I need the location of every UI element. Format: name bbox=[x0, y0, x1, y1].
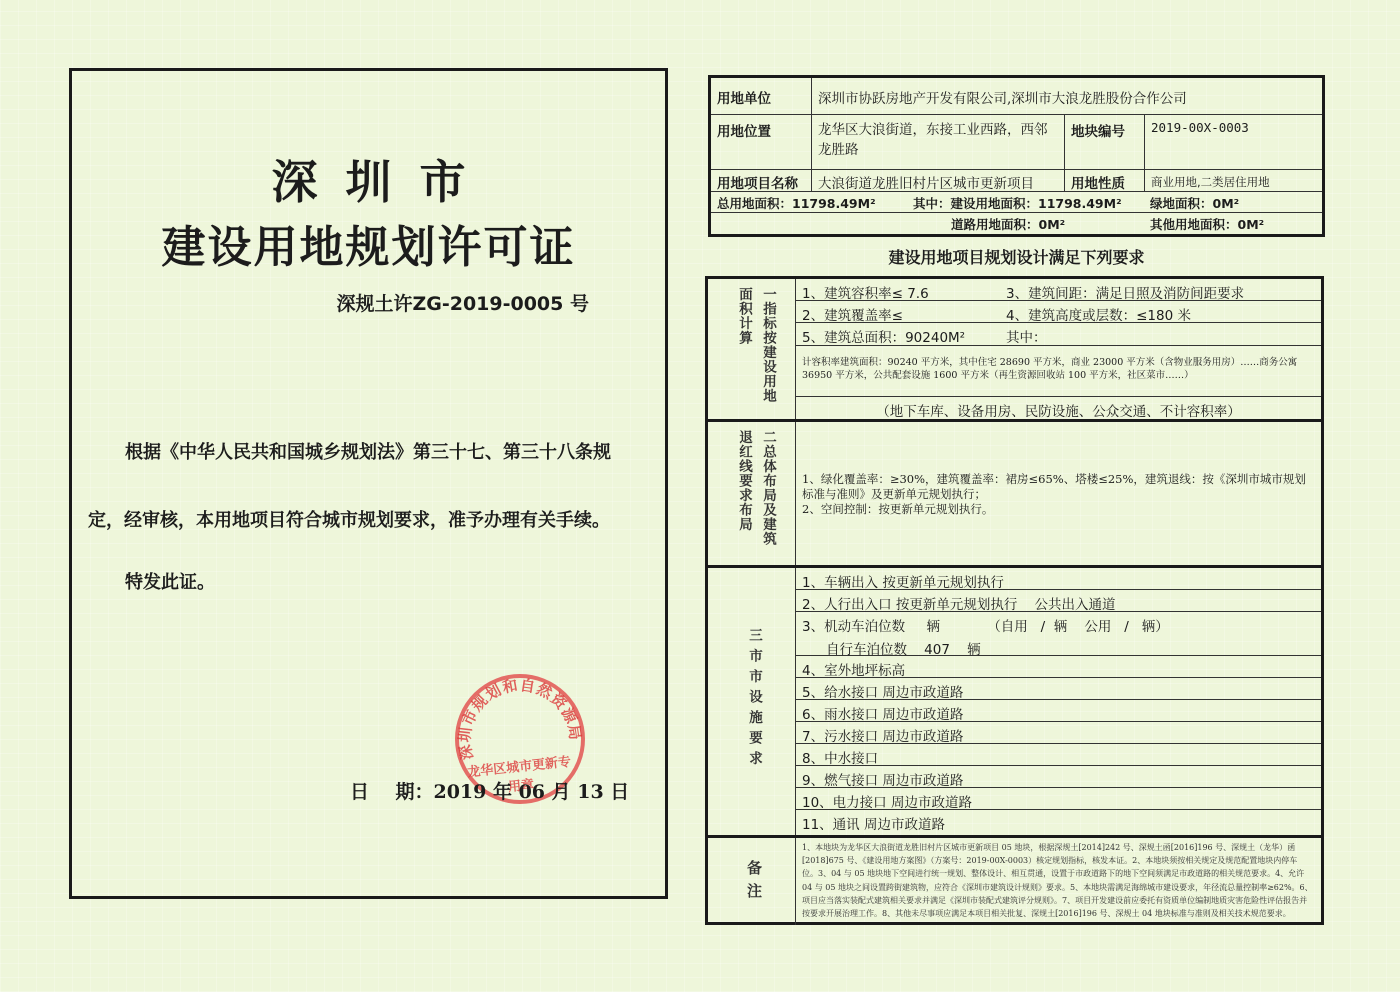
land-unit-value: 深圳市协跃房地产开发有限公司,深圳市大浪龙胜股份合作公司 bbox=[811, 78, 1322, 114]
municipal-item-7: 7、污水接口 周边市政道路 bbox=[796, 722, 1321, 744]
certificate-title: 建设用地规划许可证 bbox=[72, 211, 665, 275]
land-location-label: 用地位置 bbox=[711, 115, 811, 169]
municipal-item-1: 1、车辆出入 按更新单元规划执行 bbox=[796, 568, 1321, 590]
construction-area: 其中：建设用地面积：11798.49M² bbox=[907, 192, 1147, 212]
project-name-row: 用地项目名称 大浪街道龙胜旧村片区城市更新项目 用地性质 商业用地,二类居住用地 bbox=[711, 170, 1322, 192]
land-unit-row: 用地单位 深圳市协跃房地产开发有限公司,深圳市大浪龙胜股份合作公司 bbox=[711, 78, 1322, 115]
bicycle-parking: 自行车泊位数 407 辆 bbox=[802, 638, 1315, 658]
issue-date: 日 期：2019 年 06 月 13 日 bbox=[350, 777, 629, 804]
requirements-table: 面积计算 一指标按建设用地 1、建筑容积率≤ 7.6 3、建筑间距：满足日照及消… bbox=[705, 276, 1324, 925]
project-name-label: 用地项目名称 bbox=[711, 170, 811, 191]
seal-outer-text: 深圳市规划和自然资源局 bbox=[456, 676, 585, 761]
of-which-label: 其中： bbox=[1006, 326, 1047, 346]
requirements-heading: 建设用地项目规划设计满足下列要求 bbox=[708, 245, 1325, 268]
section-indicators-label: 面积计算 一指标按建设用地 bbox=[708, 279, 796, 419]
municipal-item-text: 4、室外地坪标高 bbox=[802, 663, 905, 679]
municipal-item-text: 8、中水接口 bbox=[802, 751, 878, 767]
land-nature-label: 用地性质 bbox=[1064, 170, 1144, 191]
parcel-number-label: 地块编号 bbox=[1064, 115, 1144, 169]
body-paragraph-2: 定，经审核，本用地项目符合城市规划要求，准予办理有关手续。 bbox=[88, 487, 651, 555]
land-info-table: 用地单位 深圳市协跃房地产开发有限公司,深圳市大浪龙胜股份合作公司 用地位置 龙… bbox=[708, 75, 1325, 237]
municipal-item-10: 10、电力接口 周边市政道路 bbox=[796, 788, 1321, 810]
parcel-number-value: 2019-00X-0003 bbox=[1144, 115, 1322, 169]
municipal-item-11: 11、通讯 周边市政道路 bbox=[796, 810, 1321, 834]
municipal-item-2: 2、人行出入口 按更新单元规划执行 公共出入通道 bbox=[796, 590, 1321, 612]
far-limit: 1、建筑容积率≤ 7.6 bbox=[802, 286, 929, 302]
section-layout: 退红线要求布局 二总体布局及建筑 1、绿化覆盖率：≥30%，建筑覆盖率：裙房≤6… bbox=[708, 422, 1321, 568]
date-label: 日 期： bbox=[350, 781, 433, 803]
project-name-value: 大浪街道龙胜旧村片区城市更新项目 bbox=[811, 170, 1064, 191]
remarks-text: 1、本地块为龙华区大浪街道龙胜旧村片区城市更新项目 05 地块，根据深规土[20… bbox=[802, 841, 1313, 920]
certificate-body: 根据《中华人民共和国城乡规划法》第三十七、第三十八条规 定，经审核，本用地项目符… bbox=[88, 419, 651, 617]
municipal-item-text: 2、人行出入口 按更新单元规划执行 公共出入通道 bbox=[802, 597, 1116, 613]
land-location-value: 龙华区大浪街道，东接工业西路，西邻龙胜路 bbox=[811, 115, 1064, 169]
coverage-limit: 2、建筑覆盖率≤ bbox=[802, 308, 903, 324]
date-value: 2019 年 06 月 13 日 bbox=[433, 781, 629, 803]
layout-requirement-2: 2、空间控制：按更新单元规划执行。 bbox=[802, 502, 1313, 517]
municipal-item-4: 4、室外地坪标高 bbox=[796, 656, 1321, 678]
total-area: 总用地面积：11798.49M² bbox=[711, 192, 911, 212]
section-municipal-label: 三市市设施要求 bbox=[708, 568, 796, 835]
municipal-item-5: 5、给水接口 周边市政道路 bbox=[796, 678, 1321, 700]
municipal-item-text: 6、雨水接口 周边市政道路 bbox=[802, 707, 963, 723]
municipal-item-text: 7、污水接口 周边市政道路 bbox=[802, 729, 963, 745]
indicator-row-2: 2、建筑覆盖率≤ 4、建筑高度或层数：≤180 米 bbox=[796, 301, 1321, 323]
section-municipal-facilities: 三市市设施要求 1、车辆出入 按更新单元规划执行2、人行出入口 按更新单元规划执… bbox=[708, 568, 1321, 838]
municipal-item-text: 10、电力接口 周边市政道路 bbox=[802, 795, 972, 811]
land-location-row: 用地位置 龙华区大浪街道，东接工业西路，西邻龙胜路 地块编号 2019-00X-… bbox=[711, 115, 1322, 170]
section-remarks: 备注 1、本地块为龙华区大浪街道龙胜旧村片区城市更新项目 05 地块，根据深规土… bbox=[708, 838, 1321, 925]
certificate-number: 深规土许ZG-2019-0005 号 bbox=[336, 289, 589, 316]
certificate-cover-page: 深圳市 建设用地规划许可证 深规土许ZG-2019-0005 号 根据《中华人民… bbox=[69, 68, 668, 899]
building-spacing: 3、建筑间距：满足日照及消防间距要求 bbox=[1006, 282, 1244, 302]
layout-requirement-1: 1、绿化覆盖率：≥30%，建筑覆盖率：裙房≤65%、塔楼≤25%，建筑退线：按《… bbox=[802, 472, 1313, 502]
area-row-2: 道路用地面积：0M² 其他用地面积：0M² bbox=[711, 213, 1322, 234]
section-indicators: 面积计算 一指标按建设用地 1、建筑容积率≤ 7.6 3、建筑间距：满足日照及消… bbox=[708, 279, 1321, 422]
area-row-1: 总用地面积：11798.49M² 其中：建设用地面积：11798.49M² 绿地… bbox=[711, 192, 1322, 213]
svg-text:深圳市规划和自然资源局: 深圳市规划和自然资源局 bbox=[456, 676, 585, 761]
floor-area-breakdown: 计容积率建筑面积：90240 平方米，其中住宅 28690 平方米，商业 230… bbox=[796, 346, 1321, 397]
municipal-item-8: 8、中水接口 bbox=[796, 744, 1321, 766]
municipal-item-text: 1、车辆出入 按更新单元规划执行 bbox=[802, 575, 1004, 591]
section-municipal-label-text: 三市市设施要求 bbox=[744, 628, 764, 772]
city-name: 深圳市 bbox=[72, 146, 665, 212]
road-area: 道路用地面积：0M² bbox=[945, 213, 1145, 234]
indicator-row-1: 1、建筑容积率≤ 7.6 3、建筑间距：满足日照及消防间距要求 bbox=[796, 279, 1321, 301]
section-remarks-label-text: 备注 bbox=[744, 860, 765, 906]
municipal-item-9: 9、燃气接口 周边市政道路 bbox=[796, 766, 1321, 788]
section-layout-label-outer: 退红线要求布局 bbox=[734, 430, 754, 532]
other-area: 其他用地面积：0M² bbox=[1144, 213, 1322, 234]
total-floor-area: 5、建筑总面积：90240M² bbox=[802, 330, 965, 346]
section-indicators-label-inner: 一指标按建设用地 bbox=[758, 287, 778, 403]
section-indicators-label-outer: 面积计算 bbox=[734, 287, 754, 345]
excluded-area-note: （地下车库、设备用房、民防设施、公众交通、不计容积率） bbox=[796, 397, 1321, 419]
municipal-item-text: 9、燃气接口 周边市政道路 bbox=[802, 773, 963, 789]
section-layout-label-inner: 二总体布局及建筑 bbox=[758, 430, 778, 546]
municipal-item-3: 3、机动车泊位数 辆 （自用 / 辆 公用 / 辆）自行车泊位数 407 辆 bbox=[796, 612, 1321, 656]
height-limit: 4、建筑高度或层数：≤180 米 bbox=[1006, 304, 1191, 324]
section-layout-label: 退红线要求布局 二总体布局及建筑 bbox=[708, 422, 796, 565]
municipal-item-text: 3、机动车泊位数 辆 （自用 / 辆 公用 / 辆） bbox=[802, 619, 1169, 635]
municipal-item-text: 5、给水接口 周边市政道路 bbox=[802, 685, 963, 701]
municipal-item-6: 6、雨水接口 周边市政道路 bbox=[796, 700, 1321, 722]
land-nature-value: 商业用地,二类居住用地 bbox=[1144, 170, 1322, 191]
layout-requirements-text: 1、绿化覆盖率：≥30%，建筑覆盖率：裙房≤65%、塔楼≤25%，建筑退线：按《… bbox=[802, 472, 1313, 517]
section-remarks-label: 备注 bbox=[708, 838, 796, 925]
green-area: 绿地面积：0M² bbox=[1144, 192, 1322, 212]
body-paragraph-3: 特发此证。 bbox=[88, 549, 651, 617]
municipal-item-text: 11、通讯 周边市政道路 bbox=[802, 817, 945, 833]
body-paragraph-1: 根据《中华人民共和国城乡规划法》第三十七、第三十八条规 bbox=[88, 419, 651, 487]
land-unit-label: 用地单位 bbox=[711, 78, 811, 114]
indicator-row-3: 5、建筑总面积：90240M² 其中： bbox=[796, 323, 1321, 346]
